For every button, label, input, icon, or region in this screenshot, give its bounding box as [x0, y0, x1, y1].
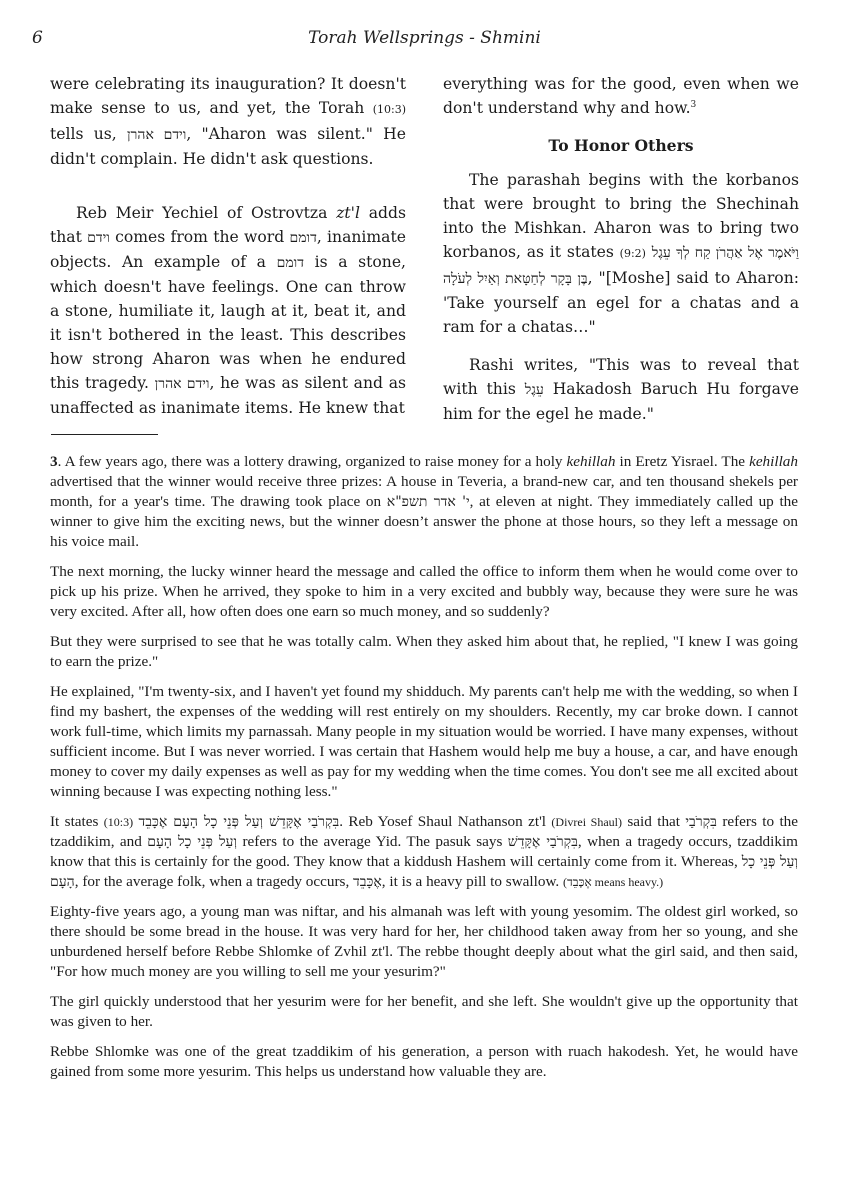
- hebrew-text: וידם: [87, 230, 110, 246]
- footnote-paragraph: It states (10:3) בִּקְרֹבַי אֶקָּדֵשׁ וְ…: [50, 812, 798, 892]
- source-citation: (Divrei Shaul): [551, 815, 622, 829]
- footnote-paragraph: 3. A few years ago, there was a lottery …: [50, 452, 798, 552]
- hebrew-text: דומם: [289, 230, 316, 246]
- footnotes: 3. A few years ago, there was a lottery …: [50, 452, 798, 1092]
- footnote-paragraph: The girl quickly understood that her yes…: [50, 992, 798, 1032]
- section-heading: To Honor Others: [443, 134, 799, 158]
- hebrew-text: בִּקְרֹבַי: [685, 814, 717, 830]
- footnote-paragraph: But they were surprised to see that he w…: [50, 632, 798, 672]
- footnote-reference[interactable]: 3: [691, 100, 697, 110]
- verse-reference: (10:3): [104, 815, 133, 829]
- book-page: 6 Torah Wellsprings - Shmini were celebr…: [0, 0, 849, 1200]
- hebrew-text: עֵגֶל: [525, 382, 544, 398]
- footnote-separator: [51, 434, 158, 435]
- running-title: Torah Wellsprings - Shmini: [0, 28, 849, 48]
- hebrew-text: אֶכָּבֵד: [567, 875, 592, 889]
- running-header: 6 Torah Wellsprings - Shmini: [0, 28, 849, 58]
- hebrew-text: וְעַל פְּנֵי כָל הָעָם: [147, 834, 237, 850]
- hebrew-text: דומם: [277, 255, 304, 271]
- hebrew-text: וידם אהרן: [127, 127, 186, 143]
- hebrew-text: וידם אהרן: [155, 376, 210, 392]
- paragraph: everything was for the good, even when w…: [443, 72, 799, 120]
- footnote-number: 3: [50, 453, 58, 470]
- paragraph: The parashah begins with the korbanos th…: [443, 168, 799, 339]
- hebrew-text: אֶכָּבֵד: [353, 874, 382, 890]
- paragraph: Reb Meir Yechiel of Ostrovtza zt'l adds …: [50, 201, 406, 420]
- paragraph: Rashi writes, "This was to reveal that w…: [443, 353, 799, 426]
- footnote-paragraph: The next morning, the lucky winner heard…: [50, 562, 798, 622]
- right-column: everything was for the good, even when w…: [443, 72, 799, 426]
- hebrew-text: בִּקְרֹבַי אֶקָּדֵשׁ: [508, 834, 578, 850]
- footnote-paragraph: Eighty-five years ago, a young man was n…: [50, 902, 798, 982]
- hebrew-text: י' אדר תשפ"א: [387, 494, 470, 510]
- paragraph: were celebrating its inauguration? It do…: [50, 72, 406, 171]
- left-column: were celebrating its inauguration? It do…: [50, 72, 406, 420]
- hebrew-text: בִּקְרֹבַי אֶקָּדֵשׁ וְעַל פְּנֵי כָל הָ…: [139, 814, 340, 830]
- verse-reference: (9:2): [620, 247, 646, 260]
- footnote-paragraph: Rebbe Shlomke was one of the great tzadd…: [50, 1042, 798, 1082]
- verse-reference: (10:3): [373, 103, 406, 116]
- footnote-paragraph: He explained, "I'm twenty-six, and I hav…: [50, 682, 798, 802]
